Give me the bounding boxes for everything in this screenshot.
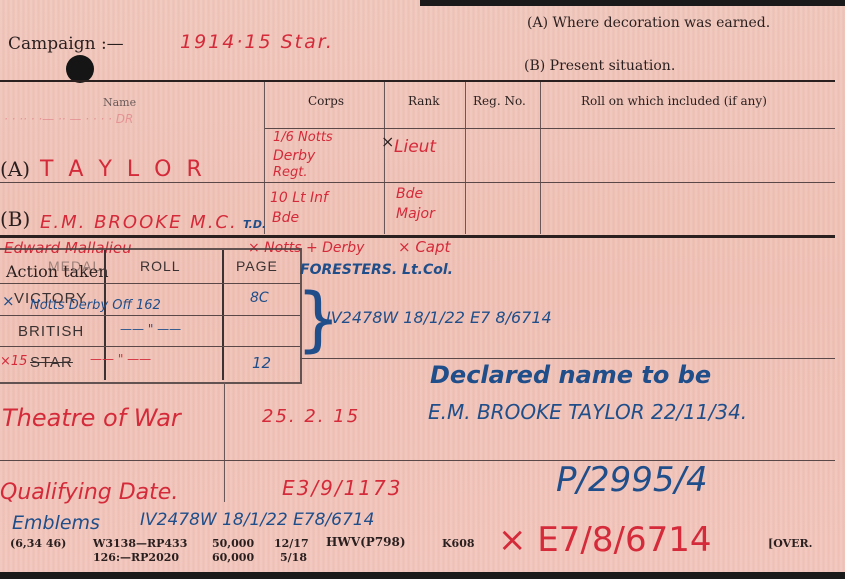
over-label: [OVER. [768,537,812,550]
stamp-rule-3 [0,346,300,347]
header-underline [265,128,835,129]
stamp-col-roll: ROLL [140,258,181,274]
punch-hole [66,55,94,83]
divider-reg-roll [540,82,541,234]
legend-a: (A) Where decoration was earned. [527,15,770,31]
stamp-col-medal: MEDAL [48,258,101,274]
emblems-value: IV2478W 18/1/22 E78/6714 [140,510,374,530]
footer-l1-c2: 50,000 [212,537,254,550]
stamp-row1-mark: × [2,292,15,310]
big-reference: × E7/8/6714 [498,520,711,560]
header-rule [0,80,835,82]
stamp-rule-1 [0,283,300,284]
row-a-corps-3: Regt. [273,165,308,180]
row-a-name: T A Y L O R [40,157,206,182]
col-reg-no: Reg. No. [473,94,526,108]
stamp-col-page: PAGE [236,258,278,274]
col-name: Name [103,96,136,109]
theatre-label: Theatre of War [2,404,181,432]
lower-rule [0,460,835,461]
faint-name-trace: · · ·· · ·— ·· — · · · · DR [4,112,133,126]
stamp-row1-roll: Notts Derby Off 162 [30,298,161,313]
divider-rank-reg [465,82,466,234]
footer-l2-c3: 5/18 [280,551,307,564]
divider-name-corps [264,82,265,234]
body-divider [224,382,225,502]
footer-l2-c2: 60,000 [212,551,254,564]
stamp-row3-mark: ×15 [0,354,27,369]
row-a-marker: (A) [0,157,30,181]
p-reference: P/2995/4 [556,460,708,500]
stamp-row3-page: 12 [252,354,271,372]
roll-reference: IV2478W 18/1/22 E7 8/6714 [326,308,552,327]
footer-l1-c1: W3138—RP433 [93,537,187,550]
annotation-capt: × Capt [398,238,450,256]
row-a-rank-mark: × [381,132,394,151]
row-b-corps-1: 10 Lt Inf [270,190,328,206]
emblems-label: Emblems [12,512,100,534]
annotation-foresters: FORESTERS. Lt.Col. [300,262,453,278]
row-a-corps-2: Derby [273,148,315,164]
row-b-name-suffix: T.D. [243,218,266,231]
footer-print-code: (6,34 46) [10,537,66,550]
row-b-marker: (B) [0,207,30,231]
stamp-row2-roll: —— " —— [120,322,181,336]
footer-l1-c5: K608 [442,537,475,550]
col-rank: Rank [408,94,439,108]
mid-rule [300,358,835,359]
col-corps: Corps [308,94,344,108]
footer-l1-c3: 12/17 [274,537,309,550]
qualifying-label: Qualifying Date. [0,480,178,505]
stamp-row3-roll: —— " —— [90,352,151,366]
row-b-rank-2: Major [396,206,435,222]
stamp-row1-page: 8C [250,290,269,306]
stamp-row3-medal: STAR [30,354,73,371]
stamp-rule-2 [0,315,300,316]
footer-l2-c1: 126:—RP2020 [93,551,179,564]
divider-corps-rank [384,82,385,234]
campaign-value: 1914·15 Star. [180,31,334,53]
scan-edge-bottom [0,572,845,579]
declared-line-1: Declared name to be [430,361,711,389]
legend-b: (B) Present situation. [524,58,675,74]
theatre-date: 25. 2. 15 [262,406,360,427]
scan-edge-top [420,0,845,6]
col-roll: Roll on which included (if any) [581,94,767,108]
medal-index-card: Campaign :— 1914·15 Star. (A) Where deco… [0,0,845,579]
row-a-rule [0,182,835,183]
footer-l1-c4: HWV(P798) [326,535,406,549]
qualifying-value: E3/9/1173 [282,476,402,500]
row-a-rank: Lieut [394,137,436,157]
stamp-row2-medal: BRITISH [18,323,84,340]
row-b-corps-2: Bde [272,210,299,226]
campaign-label: Campaign :— [8,34,124,54]
declared-line-2: E.M. BROOKE TAYLOR 22/11/34. [428,400,747,424]
row-b-rank-1: Bde [396,186,423,202]
row-b-name: E.M. BROOKE M.C. [40,212,238,233]
row-a-corps-1: 1/6 Notts [273,130,333,145]
